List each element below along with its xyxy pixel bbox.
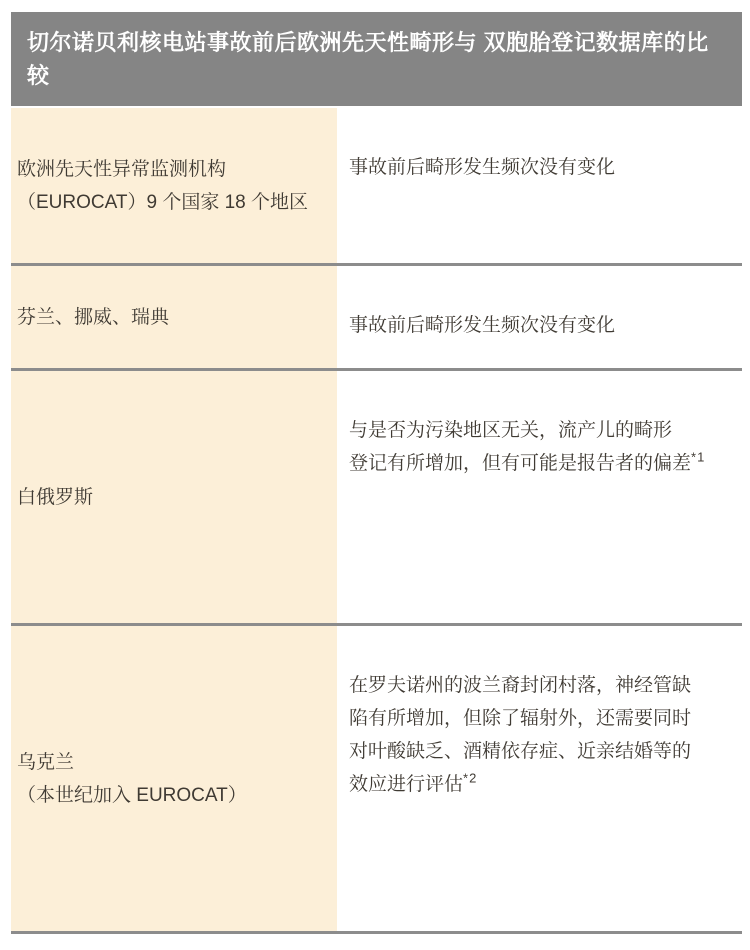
table-row: 欧洲先天性异常监测机构 （EUROCAT）9 个国家 18 个地区 事故前后畸形… xyxy=(11,108,742,266)
table-title: 切尔诺贝利核电站事故前后欧洲先天性畸形与 双胞胎登记数据库的比较 xyxy=(27,26,722,92)
finding-text: 事故前后畸形发生频次没有变化 xyxy=(349,315,615,336)
region-label: 乌克兰 （本世纪加入 EUROCAT） xyxy=(17,746,247,812)
region-cell: 乌克兰 （本世纪加入 EUROCAT） xyxy=(11,626,337,931)
finding-cell: 与是否为污染地区无关，流产儿的畸形 登记有所增加，但有可能是报告者的偏差*1 xyxy=(337,371,742,623)
finding-cell: 在罗夫诺州的波兰裔封闭村落，神经管缺 陷有所增加，但除了辐射外，还需要同时 对叶… xyxy=(337,626,742,931)
table-row: 白俄罗斯 与是否为污染地区无关，流产儿的畸形 登记有所增加，但有可能是报告者的偏… xyxy=(11,371,742,626)
finding-text: 与是否为污染地区无关，流产儿的畸形 登记有所增加，但有可能是报告者的偏差 xyxy=(349,420,691,474)
footnote-reference: *1 xyxy=(691,450,705,465)
region-label: 欧洲先天性异常监测机构 （EUROCAT）9 个国家 18 个地区 xyxy=(17,153,308,219)
table-row: 芬兰、挪威、瑞典 事故前后畸形发生频次没有变化 xyxy=(11,266,742,371)
book-page: 切尔诺贝利核电站事故前后欧洲先天性畸形与 双胞胎登记数据库的比较 欧洲先天性异常… xyxy=(0,0,750,950)
region-cell: 芬兰、挪威、瑞典 xyxy=(11,266,337,368)
table-row: 乌克兰 （本世纪加入 EUROCAT） 在罗夫诺州的波兰裔封闭村落，神经管缺 陷… xyxy=(11,626,742,934)
region-label: 白俄罗斯 xyxy=(17,481,93,514)
region-cell: 欧洲先天性异常监测机构 （EUROCAT）9 个国家 18 个地区 xyxy=(11,108,337,263)
finding-text: 事故前后畸形发生频次没有变化 xyxy=(349,157,615,178)
comparison-table: 切尔诺贝利核电站事故前后欧洲先天性畸形与 双胞胎登记数据库的比较 欧洲先天性异常… xyxy=(11,12,742,934)
table-title-banner: 切尔诺贝利核电站事故前后欧洲先天性畸形与 双胞胎登记数据库的比较 xyxy=(11,12,742,106)
region-cell: 白俄罗斯 xyxy=(11,371,337,623)
footnote-reference: *2 xyxy=(463,771,477,786)
finding-text: 在罗夫诺州的波兰裔封闭村落，神经管缺 陷有所增加，但除了辐射外，还需要同时 对叶… xyxy=(349,675,691,795)
finding-cell: 事故前后畸形发生频次没有变化 xyxy=(337,108,742,263)
region-label: 芬兰、挪威、瑞典 xyxy=(17,301,169,334)
finding-cell: 事故前后畸形发生频次没有变化 xyxy=(337,266,742,368)
